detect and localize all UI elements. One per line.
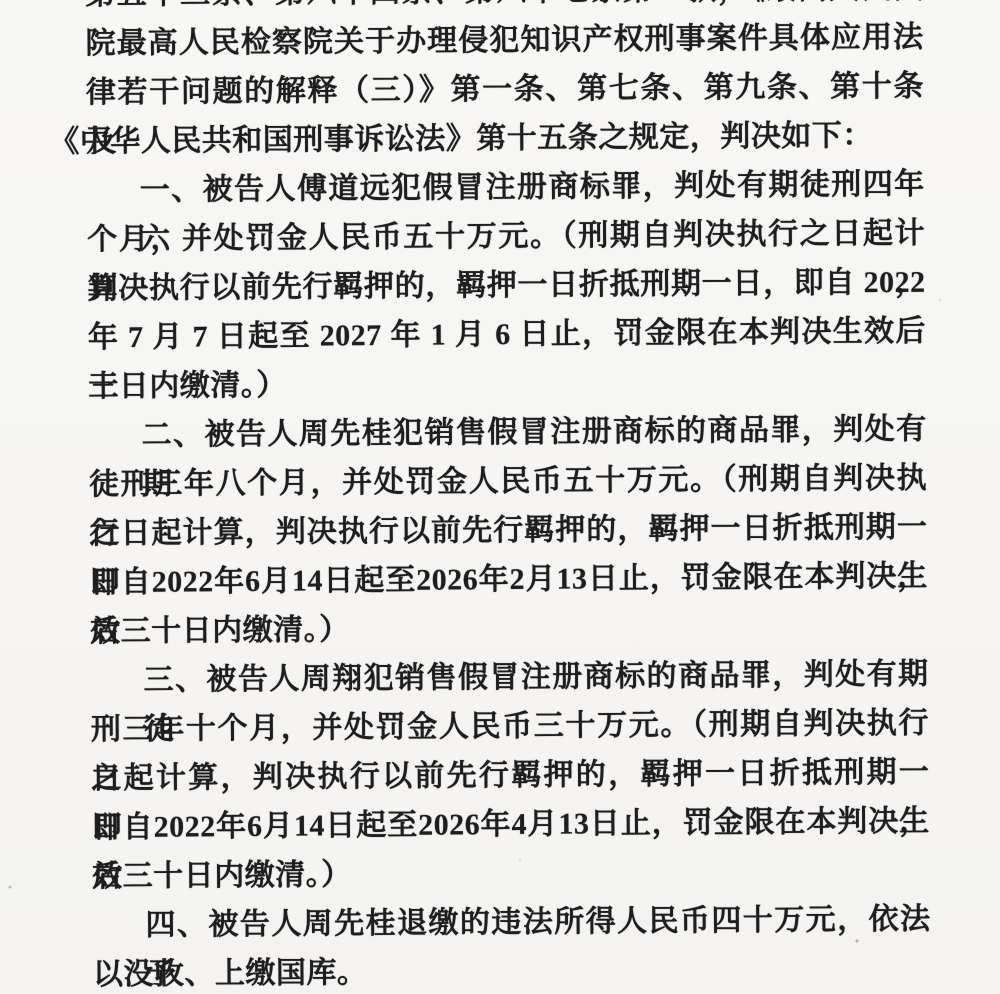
document-line: 即自2022年6月14日起至2026年2月13日止，罚金限在本判决生效 <box>90 552 928 608</box>
judgment-text: 第五十三条、第六十四条、第六十七条第一款，《最高人民法院最高人民检察院关于办理侵… <box>85 0 931 994</box>
document-line: 个月，并处罚金人民币五十万元。（刑期自判决执行之日起计算， <box>87 209 925 265</box>
document-line: 《中华人民共和国刑事诉讼法》第十五条之规定，判决如下： <box>49 111 924 167</box>
document-line: 以没收、上缴国库。 <box>93 944 931 994</box>
document-line: 三、被告人周翔犯销售假冒注册商标的商品罪，判处有期徒 <box>90 650 928 706</box>
document-page: 第五十三条、第六十四条、第六十七条第一款，《最高人民法院最高人民检察院关于办理侵… <box>0 0 1000 994</box>
document-line: 二、被告人周先桂犯销售假冒注册商标的商品罪，判处有期 <box>88 405 926 461</box>
document-line: 判决执行以前先行羁押的，羁押一日折抵刑期一日，即自 2022 <box>87 258 925 314</box>
document-line: 即自2022年6月14日起至2026年4月13日止，罚金限在本判决生效 <box>92 797 930 853</box>
document-line: 四、被告人周先桂退缴的违法所得人民币四十万元，依法予 <box>92 895 930 951</box>
document-line: 后三十日内缴清。） <box>90 601 928 657</box>
document-line: 徒刑三年八个月，并处罚金人民币五十万元。（刑期自判决执行 <box>89 454 927 510</box>
document-line: 院最高人民检察院关于办理侵犯知识产权刑事案件具体应用法 <box>85 13 923 69</box>
document-line: 之日起计算，判决执行以前先行羁押的，羁押一日折抵刑期一日， <box>89 503 927 559</box>
document-line: 一、被告人傅道远犯假冒注册商标罪，判处有期徒刑四年六 <box>87 160 925 216</box>
document-line: 刑三年十个月，并处罚金人民币三十万元。（刑期自判决执行之 <box>91 699 929 755</box>
document-line: 年 7 月 7 日起至 2027 年 1 月 6 日止，罚金限在本判决生效后三 <box>88 307 926 363</box>
document-line: 律若干问题的解释（三）》第一条、第七条、第九条、第十条及 <box>86 62 924 118</box>
document-line: 后三十日内缴清。） <box>92 846 930 902</box>
document-line: 日起计算，判决执行以前先行羁押的，羁押一日折抵刑期一日， <box>91 748 929 804</box>
document-line: 十日内缴清。） <box>88 356 926 412</box>
